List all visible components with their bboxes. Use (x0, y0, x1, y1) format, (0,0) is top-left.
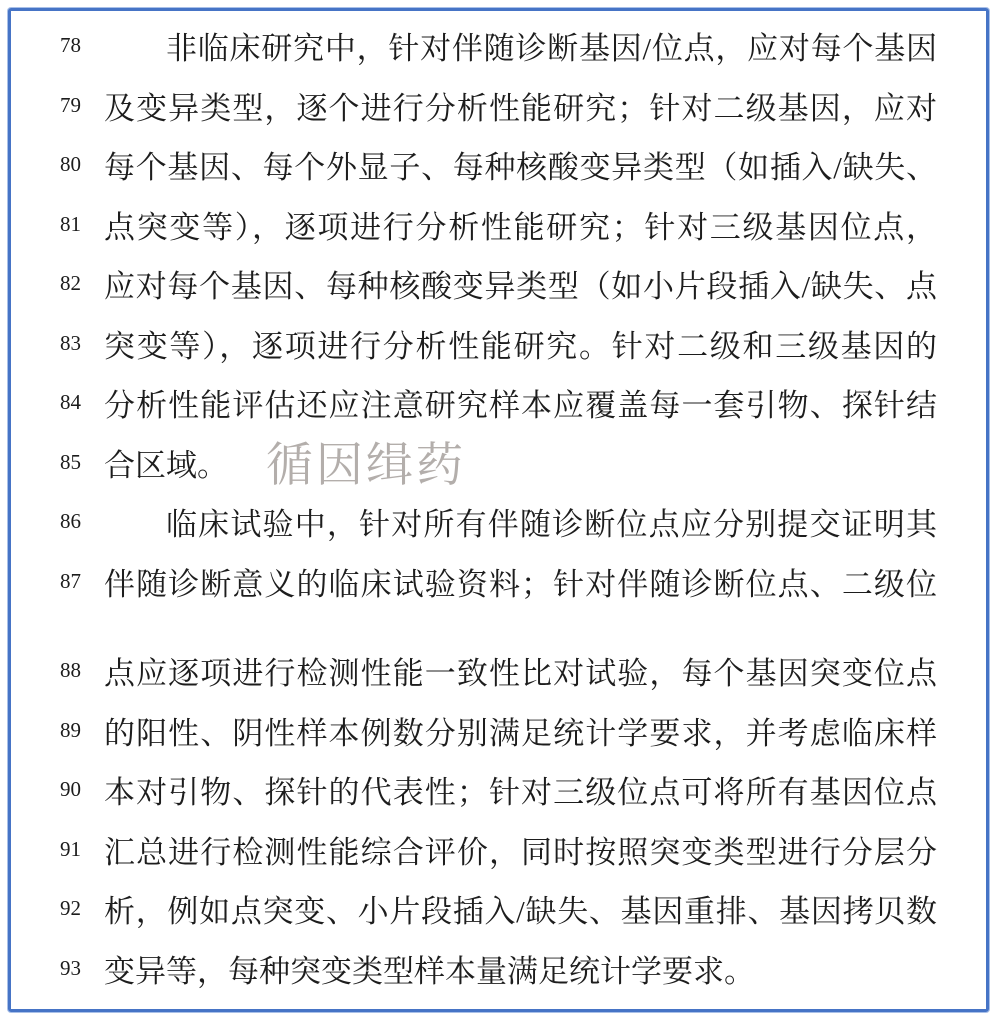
line-text: 临床试验中，针对所有伴随诊断位点应分别提交证明其 (104, 499, 937, 544)
line-text: 应对每个基因、每种核酸变异类型（如小片段插入/缺失、点 (104, 261, 937, 306)
line-text: 伴随诊断意义的临床试验资料；针对伴随诊断位点、二级位 (104, 559, 937, 604)
line-text: 合区域。 (104, 440, 937, 485)
line-number: 90 (8, 777, 104, 802)
line-number: 80 (8, 152, 104, 177)
line-row: 92 析，例如点突变、小片段插入/缺失、基因重排、基因拷贝数 (8, 879, 989, 939)
line-number: 92 (8, 896, 104, 921)
line-text: 变异等，每种突变类型样本量满足统计学要求。 (104, 946, 937, 991)
line-row: 85 合区域。 (8, 433, 989, 493)
line-text: 非临床研究中，针对伴随诊断基因/位点，应对每个基因 (104, 23, 937, 68)
line-text: 突变等），逐项进行分析性能研究。针对二级和三级基因的 (104, 321, 937, 366)
line-row: 84 分析性能评估还应注意研究样本应覆盖每一套引物、探针结 (8, 373, 989, 433)
line-row: 89 的阳性、阴性样本例数分别满足统计学要求，并考虑临床样 (8, 701, 989, 761)
line-text: 的阳性、阴性样本例数分别满足统计学要求，并考虑临床样 (104, 708, 937, 753)
line-number: 78 (8, 33, 104, 58)
line-number: 84 (8, 390, 104, 415)
line-text: 点应逐项进行检测性能一致性比对试验，每个基因突变位点 (104, 648, 937, 693)
line-text: 本对引物、探针的代表性；针对三级位点可将所有基因位点 (104, 767, 937, 812)
line-row: 93 变异等，每种突变类型样本量满足统计学要求。 (8, 939, 989, 999)
line-text: 汇总进行检测性能综合评价，同时按照突变类型进行分层分 (104, 827, 937, 872)
line-row: 78 非临床研究中，针对伴随诊断基因/位点，应对每个基因 (8, 16, 989, 76)
line-number: 91 (8, 837, 104, 862)
line-number: 82 (8, 271, 104, 296)
line-row: 81 点突变等），逐项进行分析性能研究；针对三级基因位点， (8, 195, 989, 255)
line-number: 87 (8, 569, 104, 594)
line-text: 及变异类型，逐个进行分析性能研究；针对二级基因，应对 (104, 83, 937, 128)
line-text: 分析性能评估还应注意研究样本应覆盖每一套引物、探针结 (104, 380, 937, 425)
line-number: 86 (8, 509, 104, 534)
line-number: 85 (8, 450, 104, 475)
line-text: 点突变等），逐项进行分析性能研究；针对三级基因位点， (104, 202, 937, 247)
line-row: 82 应对每个基因、每种核酸变异类型（如小片段插入/缺失、点 (8, 254, 989, 314)
line-number: 93 (8, 956, 104, 981)
line-row: 88 点应逐项进行检测性能一致性比对试验，每个基因突变位点 (8, 641, 989, 701)
line-row: 91 汇总进行检测性能综合评价，同时按照突变类型进行分层分 (8, 820, 989, 880)
line-number: 83 (8, 331, 104, 356)
document-lines: 78 非临床研究中，针对伴随诊断基因/位点，应对每个基因 79 及变异类型，逐个… (8, 16, 989, 998)
line-text: 每个基因、每个外显子、每种核酸变异类型（如插入/缺失、 (104, 142, 937, 187)
line-number: 79 (8, 93, 104, 118)
line-row: 90 本对引物、探针的代表性；针对三级位点可将所有基因位点 (8, 760, 989, 820)
line-row: 79 及变异类型，逐个进行分析性能研究；针对二级基因，应对 (8, 76, 989, 136)
line-number: 81 (8, 212, 104, 237)
line-text: 析，例如点突变、小片段插入/缺失、基因重排、基因拷贝数 (104, 886, 937, 931)
line-row: 80 每个基因、每个外显子、每种核酸变异类型（如插入/缺失、 (8, 135, 989, 195)
line-number: 89 (8, 718, 104, 743)
line-row: 86 临床试验中，针对所有伴随诊断位点应分别提交证明其 (8, 492, 989, 552)
line-row: 87 伴随诊断意义的临床试验资料；针对伴随诊断位点、二级位 (8, 552, 989, 612)
line-number: 88 (8, 658, 104, 683)
line-row: 83 突变等），逐项进行分析性能研究。针对二级和三级基因的 (8, 314, 989, 374)
